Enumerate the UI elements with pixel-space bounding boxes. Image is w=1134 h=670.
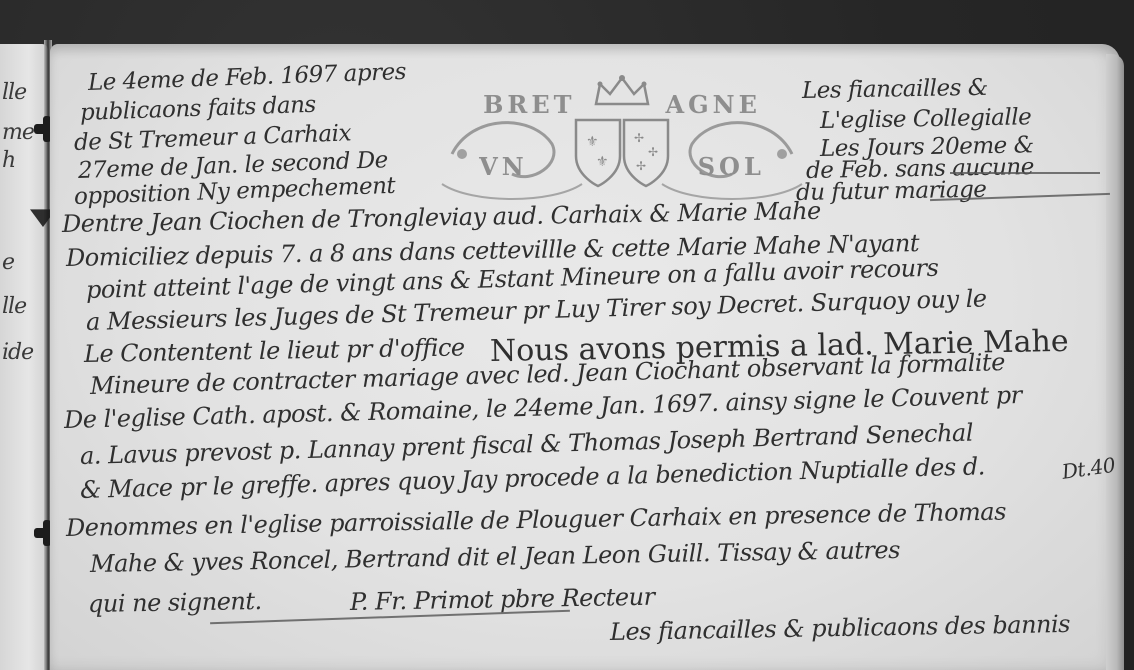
stamp-bottom-text: VNSOL bbox=[422, 152, 822, 181]
svg-text:⚜: ⚜ bbox=[586, 134, 599, 150]
handwritten-line: L'eglise Collegialle bbox=[820, 104, 1032, 134]
left-fragment: ide bbox=[2, 340, 33, 365]
handwritten-line: Les fiancailles & bbox=[802, 75, 988, 104]
handwritten-line: publicaons faits dans bbox=[80, 92, 317, 126]
tax-stamp: ⚜ ⚜ ✢ ✢ ✢ BRETAGNE VNSOL bbox=[422, 52, 822, 202]
manuscript-page: ⚜ ⚜ ✢ ✢ ✢ BRETAGNE VNSOL Le 4eme de Feb.… bbox=[50, 44, 1120, 670]
page-edge bbox=[1106, 54, 1124, 670]
left-page-sliver: lle me h e lle ide bbox=[0, 44, 48, 670]
left-fragment: e bbox=[2, 250, 14, 275]
left-fragment: me bbox=[2, 120, 34, 145]
left-fragment: h bbox=[2, 148, 15, 173]
stamp-text-vn: VN bbox=[479, 152, 528, 181]
handwritten-line: Les fiancailles & publicaons des bannis bbox=[610, 610, 1070, 646]
svg-text:✢: ✢ bbox=[634, 131, 644, 145]
left-fragment: lle bbox=[2, 294, 26, 319]
left-fragment: lle bbox=[2, 80, 26, 105]
strike-line bbox=[950, 172, 1100, 174]
stamp-text-agne: AGNE bbox=[666, 90, 761, 119]
handwritten-line: qui ne signent. bbox=[88, 587, 262, 618]
stamp-text-sol: SOL bbox=[698, 152, 765, 181]
handwritten-line: Le 4eme de Feb. 1697 apres bbox=[88, 59, 407, 96]
handwritten-line: Denommes en l'eglise parroissialle de Pl… bbox=[66, 498, 1006, 542]
handwritten-line: du futur mariage bbox=[796, 177, 987, 206]
stamp-text-bret: BRET bbox=[483, 90, 575, 119]
stamp-top-text: BRETAGNE bbox=[422, 90, 822, 119]
signature: P. Fr. Primot pbre Recteur bbox=[350, 583, 655, 616]
handwritten-line: Mahe & yves Roncel, Bertrand dit el Jean… bbox=[90, 536, 900, 578]
